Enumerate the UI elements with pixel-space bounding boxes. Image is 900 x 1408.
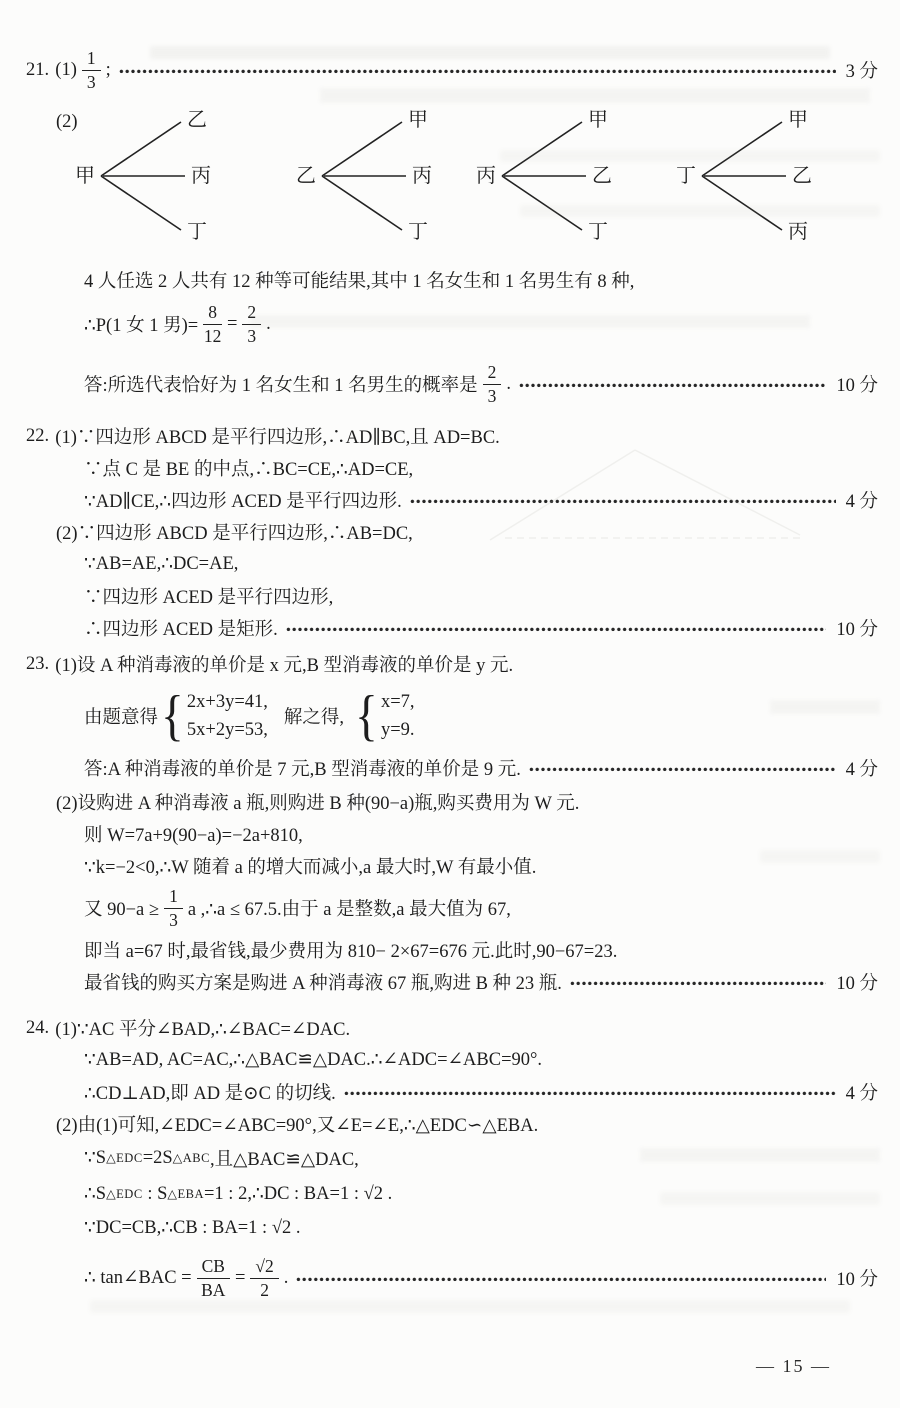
line-text: ∴P(1 女 1 男)= [84, 311, 198, 337]
line-text: ∴ tan∠BAC = [84, 1267, 192, 1289]
line-text: (1)∵四边形 ABCD 是平行四边形,∴AD∥BC,且 AD=BC. [55, 423, 500, 449]
line-22-3: ∵AD∥CE,∴四边形 ACED 是平行四边形. 4 分 [84, 484, 878, 516]
equation: y=9. [381, 720, 415, 741]
dotted-leader [296, 1277, 826, 1282]
tree-root-label: 乙 [296, 166, 316, 186]
line-23-6: 最省钱的购买方案是购进 A 种消毒液 67 瓶,购进 B 种 23 瓶. 10 … [84, 966, 878, 998]
line-21-1: 21. (1) 1 3 ; 3 分 [26, 44, 878, 96]
line-text: 即当 a=67 时,最省钱,最少费用为 810− 2×67=676 元.此时,9… [84, 937, 617, 963]
score-badge: 3 分 [846, 57, 878, 83]
problem-number: 23. [26, 654, 49, 675]
line-text: ∵AB=AE,∴DC=AE, [84, 553, 238, 575]
line-text: 答:所选代表恰好为 1 名女生和 1 名男生的概率是 [84, 371, 478, 397]
fraction-numerator: 2 [242, 303, 261, 324]
line-22-7: ∴四边形 ACED 是矩形. 10 分 [84, 612, 878, 644]
line-text: ∵AD∥CE,∴四边形 ACED 是平行四边形. [84, 487, 402, 513]
footer-page-number: — 15 — [756, 1356, 831, 1377]
fraction-denominator: 3 [87, 71, 96, 91]
tree-diagram-yi: 乙 甲 丙 丁 [296, 108, 454, 246]
line-text: =2S [143, 1148, 173, 1169]
line-text: ∵DC=CB,∴CB : BA=1 : √2 . [84, 1217, 300, 1239]
line-22-4: (2)∵四边形 ABCD 是平行四边形,∴AB=DC, [56, 516, 878, 548]
fraction-numerator: CB [197, 1257, 230, 1278]
equation: 5x+2y=53, [187, 720, 268, 741]
tree-leaf-label: 甲 [588, 110, 608, 130]
line-24-7: ∵DC=CB,∴CB : BA=1 : √2 . [84, 1212, 878, 1244]
tree-diagrams: (2) 甲 乙 丙 丁 乙 甲 丙 [26, 106, 878, 252]
line-24-1: 24. (1)∵AC 平分∠BAD,∴∠BAC=∠DAC. [26, 1012, 878, 1044]
tree-leaf-label: 乙 [592, 166, 612, 186]
line-21-probability: ∴P(1 女 1 男)= 8 12 = 2 3 . [84, 298, 878, 350]
line-22-5: ∵AB=AE,∴DC=AE, [84, 548, 878, 580]
tree-leaf-label: 丁 [588, 222, 608, 242]
equation: 2x+3y=41, [187, 692, 268, 713]
fraction-numerator: 8 [203, 303, 222, 324]
line-text: 答:A 种消毒液的单价是 7 元,B 型消毒液的单价是 9 元. [84, 755, 521, 781]
line-24-6: ∴S△EDC : S△EBA=1 : 2,∴DC : BA=1 : √2 . [84, 1176, 878, 1212]
line-22-2: ∵点 C 是 BE 的中点,∴BC=CE,∴AD=CE, [84, 452, 878, 484]
line-text: 解之得, [284, 703, 344, 729]
subscript: △EBA [167, 1186, 204, 1202]
line-text: ∵四边形 ACED 是平行四边形, [84, 583, 333, 609]
line-24-5: ∵S△EDC=2S△ABC,且△BAC≌△DAC, [84, 1140, 878, 1176]
line-24-2: ∵AB=AD, AC=AC,∴△BAC≌△DAC.∴∠ADC=∠ABC=90°. [84, 1044, 878, 1076]
line-text: ∴CD⊥AD,即 AD 是⊙C 的切线. [84, 1079, 336, 1105]
line-23-1: 23. (1)设 A 种消毒液的单价是 x 元,B 型消毒液的单价是 y 元. [26, 648, 878, 680]
line-text: 则 W=7a+9(90−a)=−2a+810, [84, 821, 303, 847]
score-badge: 10 分 [836, 1265, 878, 1291]
page-content: 21. (1) 1 3 ; 3 分 (2) 甲 乙 丙 丁 [0, 0, 900, 1408]
fraction-numerator: 1 [164, 887, 183, 908]
curly-brace-icon: { [161, 691, 184, 741]
score-badge: 4 分 [846, 755, 878, 781]
line-text: (2)由(1)可知,∠EDC=∠ABC=90°,又∠E=∠E,∴△EDC∽△EB… [56, 1111, 538, 1137]
line-text: (2)∵四边形 ABCD 是平行四边形,∴AB=DC, [56, 519, 413, 545]
tree-leaf-label: 丙 [412, 166, 432, 186]
line-23-3: 则 W=7a+9(90−a)=−2a+810, [84, 818, 878, 850]
line-text: (2)设购进 A 种消毒液 a 瓶,则购进 B 种(90−a)瓶,购买费用为 W… [56, 789, 579, 815]
dotted-leader [344, 1091, 836, 1096]
subscript: △EDC [106, 1150, 143, 1166]
line-24-4: (2)由(1)可知,∠EDC=∠ABC=90°,又∠E=∠E,∴△EDC∽△EB… [56, 1108, 878, 1140]
problem-number: 24. [26, 1018, 49, 1039]
equals-sign: = [227, 314, 237, 335]
fraction: 2 3 [242, 303, 261, 345]
punctuation: ; [106, 60, 111, 81]
equation-stack: 2x+3y=41, 5x+2y=53, [187, 692, 268, 741]
line-text: 最省钱的购买方案是购进 A 种消毒液 67 瓶,购进 B 种 23 瓶. [84, 969, 562, 995]
punctuation: . [284, 1268, 289, 1289]
fraction-numerator: √2 [250, 1257, 278, 1278]
line-text: ∵k=−2<0,∴W 随着 a 的增大而减小,a 最大时,W 有最小值. [84, 853, 536, 879]
tree-leaf-label: 甲 [408, 110, 428, 130]
punctuation: . [506, 374, 511, 395]
fraction: 1 3 [82, 49, 101, 91]
line-22-6: ∵四边形 ACED 是平行四边形, [84, 580, 878, 612]
score-badge: 10 分 [836, 969, 878, 995]
fraction: √2 2 [250, 1257, 278, 1299]
problem-number: 21. [26, 60, 49, 81]
fraction-denominator: 3 [247, 325, 256, 345]
dotted-leader [519, 383, 826, 388]
tree-root-label: 甲 [75, 166, 95, 186]
line-text: 又 90−a ≥ [84, 895, 159, 921]
score-badge: 4 分 [846, 1079, 878, 1105]
line-text: ,且△BAC≌△DAC, [210, 1145, 359, 1171]
tree-leaf-label: 甲 [788, 110, 808, 130]
line-text: (1)设 A 种消毒液的单价是 x 元,B 型消毒液的单价是 y 元. [55, 651, 513, 677]
fraction-denominator: 12 [204, 325, 222, 345]
line-23-4: ∵k=−2<0,∴W 随着 a 的增大而减小,a 最大时,W 有最小值. [84, 850, 878, 882]
equation: x=7, [381, 692, 415, 713]
line-23-2: (2)设购进 A 种消毒液 a 瓶,则购进 B 种(90−a)瓶,购买费用为 W… [56, 786, 878, 818]
score-badge: 10 分 [836, 615, 878, 641]
dotted-leader [529, 767, 836, 772]
fraction: CB BA [197, 1257, 230, 1299]
fraction: 1 3 [164, 887, 183, 929]
equation-system: 由题意得 { 2x+3y=41, 5x+2y=53, 解之得, { x=7, y… [84, 684, 878, 748]
fraction-denominator: 3 [488, 385, 497, 405]
line-21-answer: 答:所选代表恰好为 1 名女生和 1 名男生的概率是 2 3 . 10 分 [84, 358, 878, 410]
line-text: ∴S [84, 1183, 106, 1205]
dotted-leader [119, 69, 836, 74]
punctuation: . [266, 314, 271, 335]
dotted-leader [410, 499, 836, 504]
line-text: ∴四边形 ACED 是矩形. [84, 615, 278, 641]
line-24-tangent: ∴ tan∠BAC = CB BA = √2 2 . 10 分 [84, 1250, 878, 1306]
fraction-numerator: 2 [483, 363, 502, 384]
dotted-leader [570, 981, 826, 986]
line-text: a ,∴a ≤ 67.5.由于 a 是整数,a 最大值为 67, [188, 895, 511, 921]
line-23-inequality: 又 90−a ≥ 1 3 a ,∴a ≤ 67.5.由于 a 是整数,a 最大值… [84, 882, 878, 934]
tree-leaf-label: 乙 [792, 166, 812, 186]
line-text: 由题意得 [84, 703, 158, 729]
line-23-5: 即当 a=67 时,最省钱,最少费用为 810− 2×67=676 元.此时,9… [84, 934, 878, 966]
equals-sign: = [235, 1268, 245, 1289]
tree-leaf-label: 丙 [191, 166, 211, 186]
fraction-denominator: 2 [260, 1279, 269, 1299]
tree-diagram-ding: 丁 甲 乙 丙 [676, 108, 834, 246]
subscript: △ABC [173, 1150, 210, 1166]
dotted-leader [286, 627, 827, 632]
fraction: 8 12 [203, 303, 222, 345]
tree-leaf-label: 丙 [788, 222, 808, 242]
line-text: (1)∵AC 平分∠BAD,∴∠BAC=∠DAC. [55, 1015, 350, 1041]
tree-leaf-label: 丁 [408, 222, 428, 242]
fraction-denominator: 3 [169, 909, 178, 929]
line-24-3: ∴CD⊥AD,即 AD 是⊙C 的切线. 4 分 [84, 1076, 878, 1108]
line-23-answer1: 答:A 种消毒液的单价是 7 元,B 型消毒液的单价是 9 元. 4 分 [84, 752, 878, 784]
tree-root-label: 丁 [676, 166, 696, 186]
part-label: (1) [55, 60, 77, 81]
tree-root-label: 丙 [476, 166, 496, 186]
tree-leaf-label: 丁 [187, 222, 207, 242]
curly-brace-icon: { [355, 691, 378, 741]
line-text: ∵AB=AD, AC=AC,∴△BAC≌△DAC.∴∠ADC=∠ABC=90°. [84, 1049, 542, 1071]
subscript: △EDC [106, 1186, 143, 1202]
line-text: : S [143, 1184, 168, 1205]
problem-number: 22. [26, 426, 49, 447]
tree-diagram-bing: 丙 甲 乙 丁 [476, 108, 634, 246]
line-text: =1 : 2,∴DC : BA=1 : √2 . [204, 1183, 392, 1205]
fraction: 2 3 [483, 363, 502, 405]
line-text: ∵点 C 是 BE 的中点,∴BC=CE,∴AD=CE, [84, 455, 413, 481]
fraction-denominator: BA [201, 1279, 225, 1299]
scanned-answer-page: 21. (1) 1 3 ; 3 分 (2) 甲 乙 丙 丁 [0, 0, 900, 1408]
line-text: ∵S [84, 1147, 106, 1169]
score-badge: 10 分 [836, 371, 878, 397]
tree-diagram-jia: 甲 乙 丙 丁 [75, 108, 233, 246]
tree-leaf-label: 乙 [187, 110, 207, 130]
fraction-numerator: 1 [82, 49, 101, 70]
line-22-1: 22. (1)∵四边形 ABCD 是平行四边形,∴AD∥BC,且 AD=BC. [26, 420, 878, 452]
equation-stack: x=7, y=9. [381, 692, 415, 741]
line-21-count: 4 人任选 2 人共有 12 种等可能结果,其中 1 名女生和 1 名男生有 8… [84, 264, 878, 296]
line-text: 4 人任选 2 人共有 12 种等可能结果,其中 1 名女生和 1 名男生有 8… [84, 267, 634, 293]
score-badge: 4 分 [846, 487, 878, 513]
